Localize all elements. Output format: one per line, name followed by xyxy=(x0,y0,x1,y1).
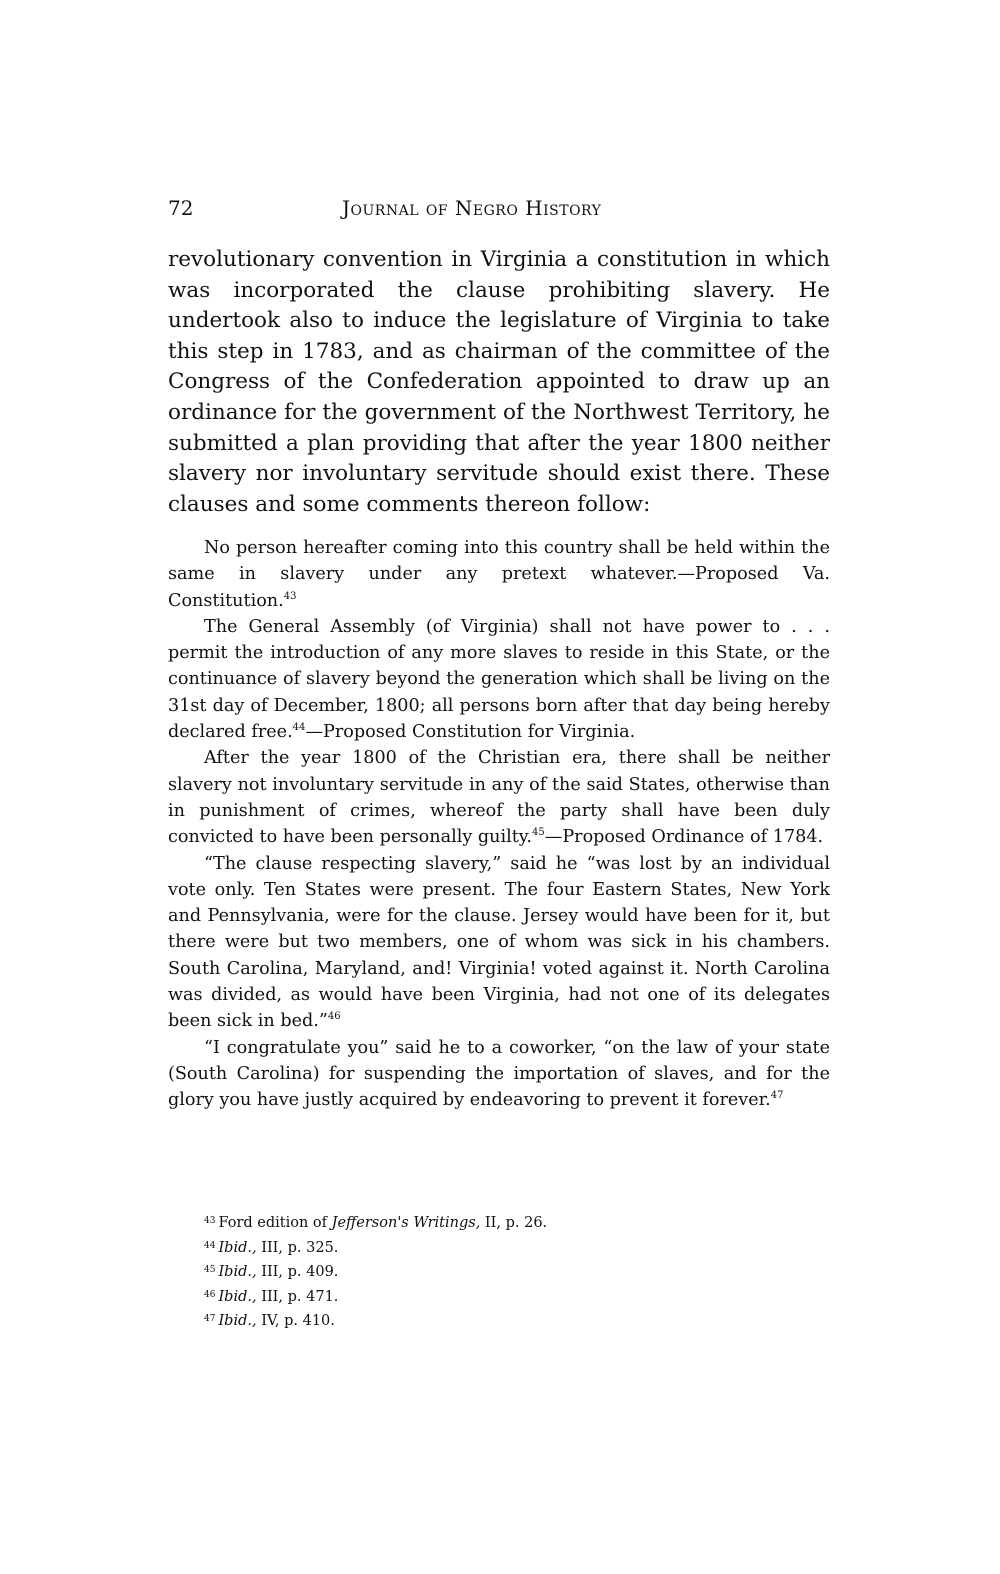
quoted-clauses: No person hereafter coming into this cou… xyxy=(168,535,830,1114)
journal-title: Journal of Negro History xyxy=(342,196,601,220)
footnote: 43Ford edition of Jefferson's Writings, … xyxy=(204,1210,804,1235)
running-head: 72 Journal of Negro History xyxy=(168,196,830,226)
footnotes: 43Ford edition of Jefferson's Writings, … xyxy=(204,1210,804,1333)
body-text: revolutionary convention in Virginia a c… xyxy=(168,245,830,520)
quote-paragraph: “I congratulate you” said he to a cowork… xyxy=(168,1035,830,1114)
footnote-ref: 43 xyxy=(284,591,297,602)
footnote-ref: 46 xyxy=(328,1011,341,1022)
quote-paragraph: No person hereafter coming into this cou… xyxy=(168,535,830,614)
body-paragraph: revolutionary convention in Virginia a c… xyxy=(168,245,830,520)
page-number: 72 xyxy=(168,196,193,220)
footnote: 44Ibid., III, p. 325. xyxy=(204,1235,804,1260)
footnote: 47Ibid., IV, p. 410. xyxy=(204,1308,804,1333)
footnote: 45Ibid., III, p. 409. xyxy=(204,1259,804,1284)
footnote-ref: 44 xyxy=(293,722,306,733)
quote-paragraph: “The clause respecting slavery,” said he… xyxy=(168,851,830,1035)
quote-paragraph: After the year 1800 of the Christian era… xyxy=(168,745,830,850)
quote-paragraph: The General Assembly (of Virginia) shall… xyxy=(168,614,830,745)
footnote: 46Ibid., III, p. 471. xyxy=(204,1284,804,1309)
footnote-ref: 47 xyxy=(771,1090,784,1101)
footnote-ref: 45 xyxy=(532,827,545,838)
